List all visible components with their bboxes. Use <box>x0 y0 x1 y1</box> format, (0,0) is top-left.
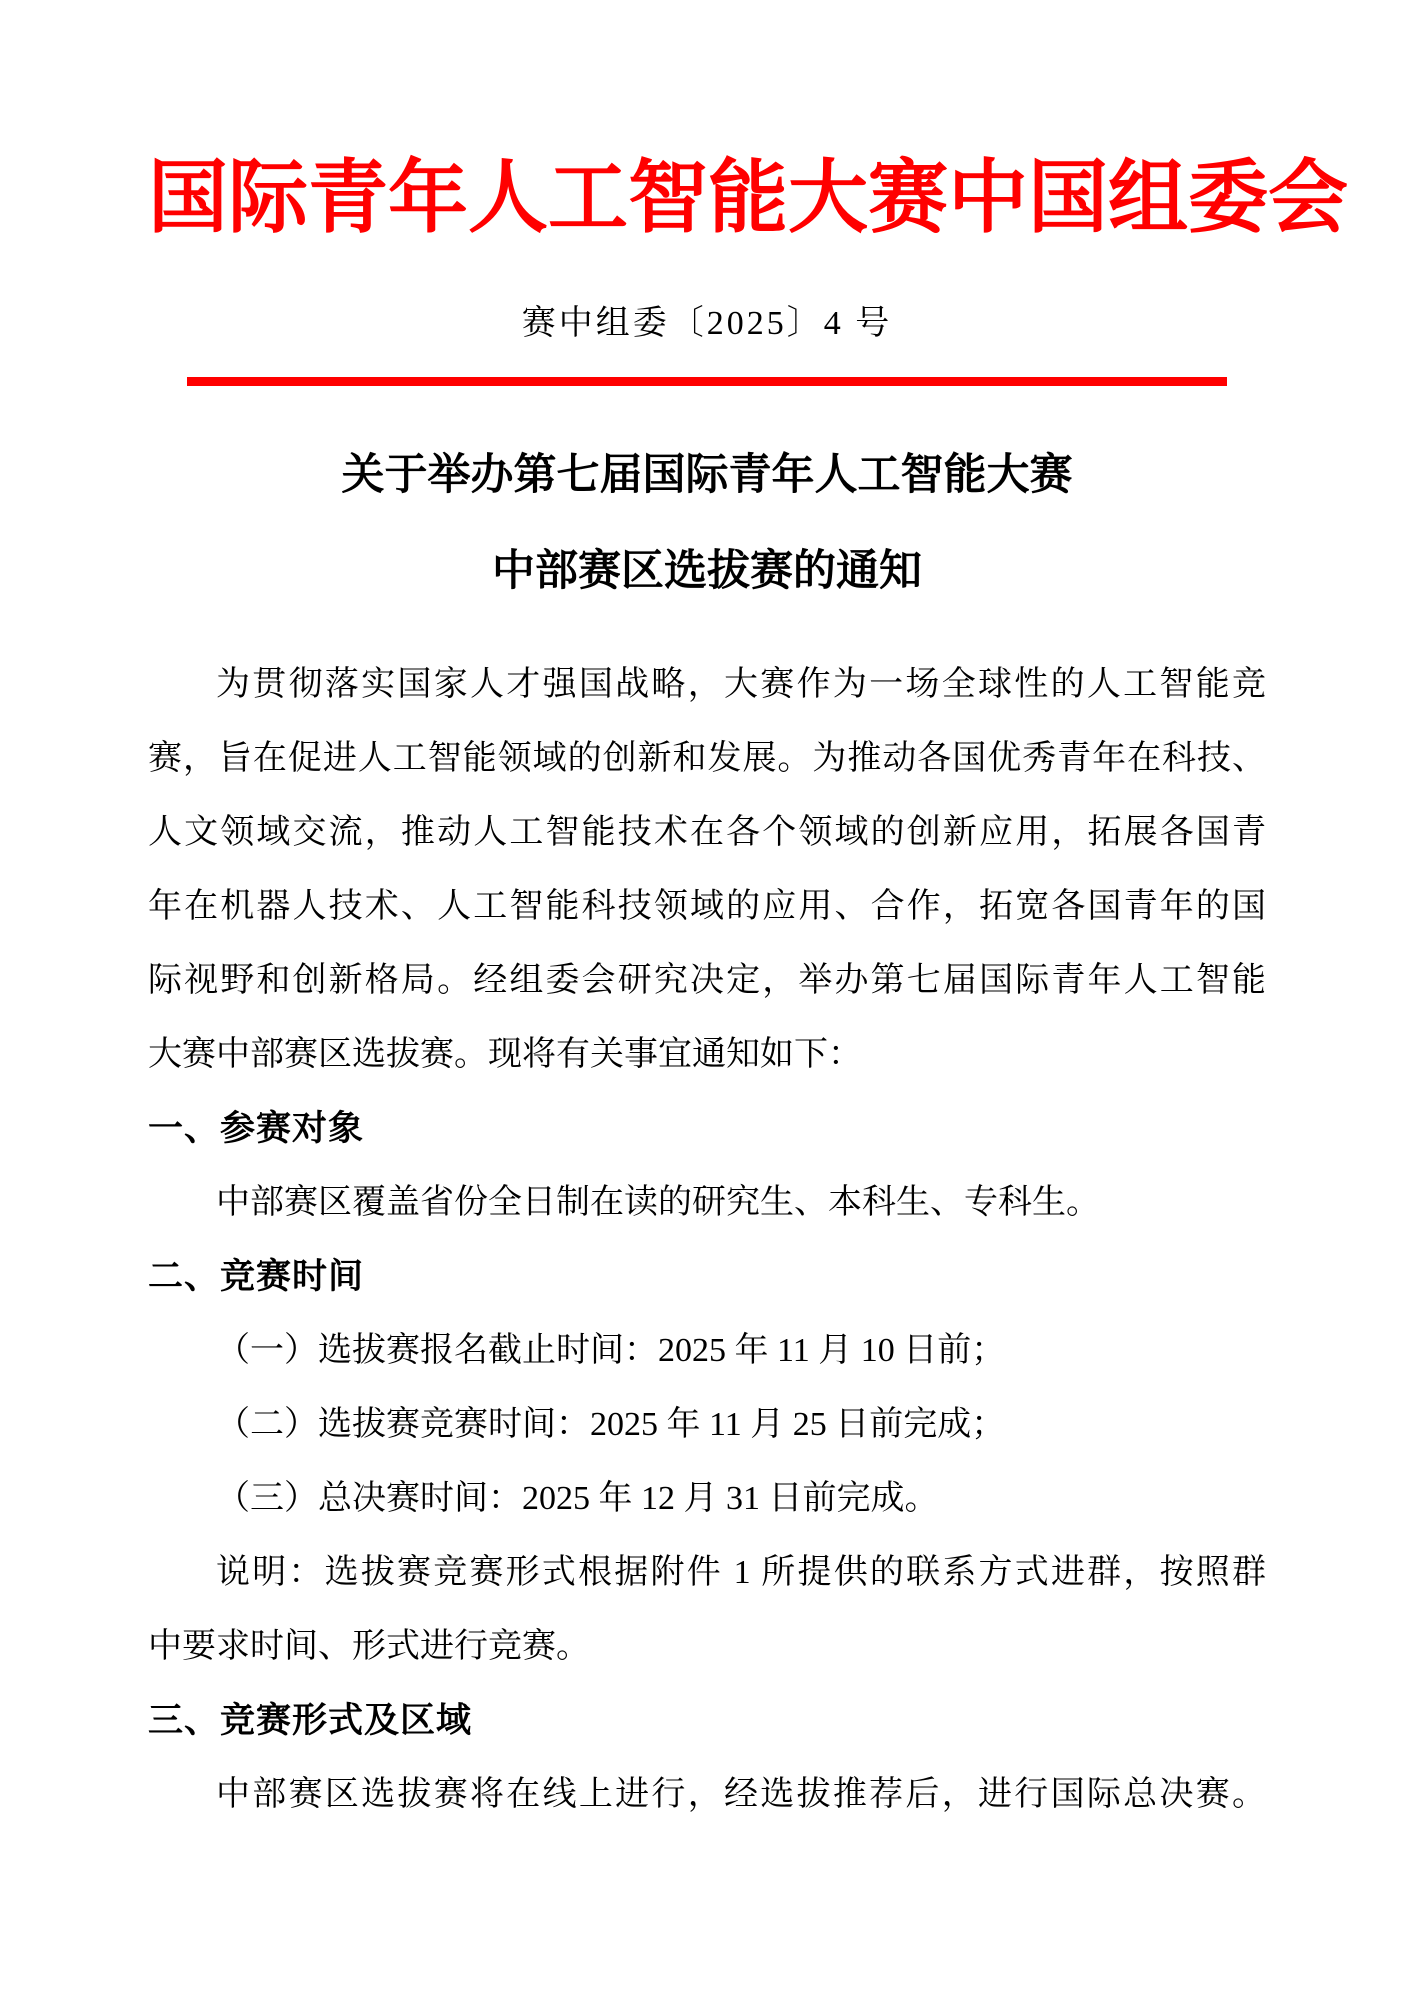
note-line: 说明：选拔赛竞赛形式根据附件 1 所提供的联系方式进群，按照群 <box>148 1536 1266 1610</box>
section-2-items: （一）选拔赛报名截止时间：2025 年 11 月 10 日前； （二）选拔赛竞赛… <box>148 1314 1266 1536</box>
section-1-heading: 一、参赛对象 <box>148 1092 1266 1166</box>
intro-line: 为贯彻落实国家人才强国战略，大赛作为一场全球性的人工智能竞 <box>148 648 1266 722</box>
section-2-heading: 二、竞赛时间 <box>148 1240 1266 1314</box>
document-title-line-1: 关于举办第七届国际青年人工智能大赛 <box>0 428 1414 524</box>
document-body: 为贯彻落实国家人才强国战略，大赛作为一场全球性的人工智能竞 赛，旨在促进人工智能… <box>148 648 1266 1832</box>
issuer-masthead-title: 国际青年人工智能大赛中国组委会 <box>148 148 1266 250</box>
red-separator-rule <box>187 377 1227 386</box>
intro-line: 大赛中部赛区选拔赛。现将有关事宜通知如下： <box>148 1018 1266 1092</box>
intro-paragraph: 为贯彻落实国家人才强国战略，大赛作为一场全球性的人工智能竞 赛，旨在促进人工智能… <box>148 648 1266 1092</box>
section-1-body: 中部赛区覆盖省份全日制在读的研究生、本科生、专科生。 <box>148 1166 1266 1240</box>
schedule-item-final-round: （三）总决赛时间：2025 年 12 月 31 日前完成。 <box>148 1462 1266 1536</box>
intro-line: 赛，旨在促进人工智能领域的创新和发展。为推动各国优秀青年在科技、 <box>148 722 1266 796</box>
intro-line: 人文领域交流，推动人工智能技术在各个领域的创新应用，拓展各国青 <box>148 796 1266 870</box>
intro-line: 际视野和创新格局。经组委会研究决定，举办第七届国际青年人工智能 <box>148 944 1266 1018</box>
document-title: 关于举办第七届国际青年人工智能大赛 中部赛区选拔赛的通知 <box>0 428 1414 620</box>
document-number: 赛中组委〔2025〕4 号 <box>0 302 1414 346</box>
schedule-item-selection-round: （二）选拔赛竞赛时间：2025 年 11 月 25 日前完成； <box>148 1388 1266 1462</box>
schedule-item-registration-deadline: （一）选拔赛报名截止时间：2025 年 11 月 10 日前； <box>148 1314 1266 1388</box>
note-line: 中要求时间、形式进行竞赛。 <box>148 1610 1266 1684</box>
intro-line: 年在机器人技术、人工智能科技领域的应用、合作，拓宽各国青年的国 <box>148 870 1266 944</box>
document-title-line-2: 中部赛区选拔赛的通知 <box>0 524 1414 620</box>
section-2-note: 说明：选拔赛竞赛形式根据附件 1 所提供的联系方式进群，按照群 中要求时间、形式… <box>148 1536 1266 1684</box>
notice-document-page: 国际青年人工智能大赛中国组委会 赛中组委〔2025〕4 号 关于举办第七届国际青… <box>0 0 1414 2000</box>
section-3-heading: 三、竞赛形式及区域 <box>148 1684 1266 1758</box>
section-3-body: 中部赛区选拔赛将在线上进行，经选拔推荐后，进行国际总决赛。 <box>148 1758 1266 1832</box>
